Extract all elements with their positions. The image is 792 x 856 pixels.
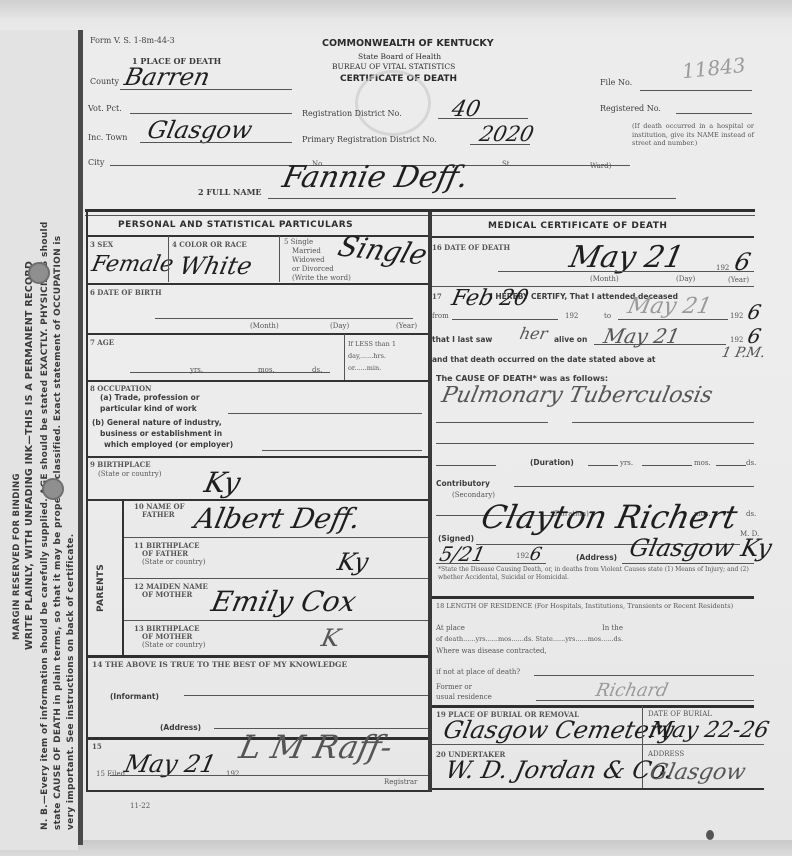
full-name-value: Fannie Deff. (279, 160, 471, 195)
mother-name-label-2: OF MOTHER (134, 591, 208, 599)
disease-contracted-label: Where was disease contracted, (436, 647, 547, 655)
father-birthplace-value: Ky (335, 548, 371, 576)
age-less-line-1: If LESS than 1 (348, 338, 396, 350)
margin-instructions-line-3: very important. See instructions on back… (66, 534, 76, 830)
last-saw-label: that I last saw (432, 335, 492, 344)
birthplace-label: 9 BIRTHPLACE (90, 460, 151, 469)
ward-label: Ward) (590, 162, 611, 170)
rule (88, 790, 428, 792)
from-label: from (432, 312, 449, 320)
parents-label: PARENTS (96, 564, 106, 612)
burial-date-label: DATE OF BURIAL (648, 710, 712, 718)
date-of-death-value: May 21 (566, 240, 687, 275)
full-name-label: 2 FULL NAME (198, 187, 262, 197)
mother-name-label: 12 MAIDEN NAME OF MOTHER (134, 583, 208, 599)
cause-underline (436, 422, 548, 423)
registration-district-label: Registration District No. (302, 109, 402, 118)
father-name-value: Albert Deff. (191, 502, 363, 535)
certify-number: 17 (432, 292, 442, 301)
signed-date-underline (436, 563, 546, 564)
from-underline (452, 319, 558, 320)
not-at-place-underline (534, 675, 754, 676)
alive-year-label: 192 (730, 336, 743, 344)
alive-on-label: alive on (554, 335, 587, 344)
personal-section-title: PERSONAL AND STATISTICAL PARTICULARS (118, 220, 353, 230)
death-year-label: (Year) (728, 276, 749, 284)
knowledge-statement: 14 THE ABOVE IS TRUE TO THE BEST OF MY K… (92, 660, 347, 669)
to-date-value: May 21 (625, 294, 713, 319)
informant-underline (184, 695, 428, 696)
occupation-a-line-2: particular kind of work (100, 404, 197, 413)
filed-number: 15 (92, 742, 102, 751)
street-label: St. (502, 160, 512, 168)
at-place-label: At place (436, 624, 465, 632)
birthplace-sub-label: (State or country) (98, 470, 161, 478)
duration-ds-underline (716, 465, 746, 466)
occupation-label: 8 OCCUPATION (90, 384, 151, 393)
punch-hole (42, 478, 64, 500)
filed-date-value: May 21 (122, 750, 219, 778)
occupation-b-underline (262, 450, 422, 451)
death-certificate-page: MARGIN RESERVED FOR BINDING WRITE PLAINL… (0, 0, 792, 856)
full-name-underline (268, 198, 676, 199)
dob-year-label: (Year) (396, 322, 417, 330)
age-label: 7 AGE (90, 338, 114, 347)
file-no-value: 11843 (681, 53, 747, 84)
dob-underline (155, 318, 413, 319)
from-date-value: Feb 20 (449, 286, 530, 311)
age-less-line-3: or......min. (348, 362, 396, 374)
primary-registration-value: 2020 (477, 122, 536, 146)
death-time-value: 1 P.M. (720, 345, 767, 361)
board-heading: State Board of Health (358, 52, 441, 61)
rule (432, 236, 754, 238)
to-year-label: 192 (730, 312, 743, 320)
rule (88, 283, 428, 285)
registration-district-underline (438, 118, 528, 119)
residence-duration-line: of death......yrs......mos......ds. Stat… (436, 635, 623, 643)
rule (88, 655, 428, 658)
inc-town-underline (140, 142, 292, 143)
registrar-signature: L M Raff- (236, 728, 396, 766)
rule (88, 380, 428, 382)
duration-mos-label: mos. (694, 459, 711, 467)
father-birthplace-label: 11 BIRTHPLACE OF FATHER (State or countr… (134, 542, 205, 566)
filed-underline (110, 775, 428, 776)
age-months-label: mos. (258, 366, 275, 374)
margin-write-plainly-text: WRITE PLAINLY, WITH UNFADING INK—THIS IS… (24, 261, 35, 650)
age-days-label: ds. (312, 366, 322, 374)
form-number: Form V. S. 1-8m-44-3 (90, 36, 175, 45)
race-label: 4 COLOR OR RACE (172, 240, 247, 249)
physician-signature: Clayton Richert (478, 498, 741, 536)
undertaker-address-value: Glasgow (647, 760, 748, 785)
former-residence-label-1: Former or (436, 683, 472, 691)
rule (88, 333, 428, 335)
rule (432, 705, 754, 708)
not-at-place-label: if not at place of death? (436, 668, 520, 676)
marital-label-divorced: or Divorced (284, 265, 351, 274)
marital-label-write: (Write the word) (284, 274, 351, 283)
duration-yrs-label: yrs. (620, 459, 633, 467)
sex-value: Female (89, 252, 175, 277)
duration-yrs-underline (588, 465, 618, 466)
mother-name-value: Emily Cox (208, 585, 359, 618)
to-label: to (604, 312, 611, 320)
undertaker-value: W. D. Jordan & Co. (443, 756, 676, 784)
cause-underline (436, 443, 754, 444)
margin-instructions-line-1: N. B.—Every item of information should b… (40, 221, 50, 830)
length-of-residence-label: 18 LENGTH OF RESIDENCE (For Hospitals, I… (436, 601, 754, 611)
dob-month-label: (Month) (250, 322, 279, 330)
rule (124, 578, 428, 579)
occupation-a-line-1: (a) Trade, profession or (100, 393, 200, 402)
registrar-label: Registrar (384, 778, 417, 786)
death-month-label: (Month) (590, 275, 619, 283)
county-value: Barren (122, 63, 213, 91)
contributory-label: Contributory (436, 479, 490, 488)
from-year-label: 192 (565, 312, 578, 320)
duration-mos-underline (642, 465, 692, 466)
section-top-rule (85, 209, 755, 212)
birthplace-value: Ky (201, 466, 243, 499)
county-label: County (90, 77, 119, 86)
sex-label: 3 SEX (90, 240, 113, 249)
mother-birthplace-value: K (319, 624, 343, 652)
file-no-underline (640, 90, 752, 91)
mother-birthplace-label-3: (State or country) (134, 641, 205, 649)
vot-pct-underline (130, 113, 292, 114)
rule (88, 456, 428, 458)
scan-edge-top (0, 0, 792, 18)
divider (168, 236, 169, 282)
physician-address-value: Glasgow Ky (627, 534, 774, 562)
section-top-rule-2 (85, 215, 755, 216)
duration-label: (Duration) (530, 458, 574, 467)
cause-of-death-value: Pulmonary Tuberculosis (439, 383, 715, 408)
duration-ds-label: ds. (746, 459, 756, 467)
race-value: White (177, 252, 255, 280)
divider (279, 236, 280, 282)
mother-birthplace-label-2: OF MOTHER (134, 633, 205, 641)
date-of-death-underline (498, 271, 754, 272)
margin-instructions-line-2: state CAUSE OF DEATH in plain terms, so … (53, 236, 63, 830)
county-underline (120, 89, 292, 90)
duration-underline (436, 465, 496, 466)
scan-edge-bottom (0, 840, 792, 856)
margin-reserved-text: MARGIN RESERVED FOR BINDING (12, 473, 22, 640)
rule (432, 744, 764, 745)
margin-divider (78, 30, 83, 845)
signed-year-suffix: 6 (528, 544, 544, 565)
cause-underline (572, 422, 754, 423)
informant-label: (Informant) (110, 692, 159, 701)
rule (88, 499, 428, 501)
primary-registration-label: Primary Registration District No. (302, 135, 437, 144)
rule (432, 788, 764, 790)
dob-day-label: (Day) (330, 322, 349, 330)
vot-pct-label: Vot. Pct. (88, 104, 122, 113)
filed-year-label: 192 (226, 770, 239, 778)
date-of-death-label: 16 DATE OF DEATH (432, 243, 510, 252)
occupation-b-line-1: (b) General nature of industry, (92, 418, 222, 427)
cause-of-death-label: The CAUSE OF DEATH* was as follows: (436, 374, 608, 383)
former-residence-label-2: usual residence (436, 693, 492, 701)
faint-stamp (355, 70, 431, 136)
occupation-b-line-3: which employed (or employer) (104, 440, 233, 449)
medical-section-title: MEDICAL CERTIFICATE OF DEATH (488, 221, 667, 231)
form-code: 11-22 (130, 802, 150, 810)
undertaker-address-label: ADDRESS (648, 750, 684, 758)
physician-address-underline (622, 563, 754, 564)
scan-artifact (706, 830, 714, 840)
cause-footnote: *State the Disease Causing Death, or, in… (438, 566, 756, 582)
left-frame (86, 212, 88, 792)
contributory-underline (514, 486, 754, 487)
father-name-label: 10 NAME OF FATHER (134, 503, 185, 519)
alive-on-underline (594, 344, 726, 345)
punch-hole (28, 262, 50, 284)
divider (344, 334, 345, 380)
to-underline (618, 319, 728, 320)
primary-registration-underline (470, 144, 530, 145)
death-day-label: (Day) (676, 275, 695, 283)
occupation-a-underline (228, 413, 422, 414)
father-name-label-2: FATHER (134, 511, 185, 519)
hospital-note: (If death occurred in a hospital or inst… (632, 122, 754, 148)
former-residence-value: Richard (594, 680, 670, 701)
age-less-line-2: day,......hrs. (348, 350, 396, 362)
in-the-label: In the (602, 624, 623, 632)
age-years-label: yrs. (190, 366, 203, 374)
to-year-suffix: 6 (745, 300, 763, 324)
rule (124, 620, 428, 621)
registered-no-label: Registered No. (600, 104, 661, 113)
inc-town-label: Inc. Town (88, 133, 127, 142)
informant-address-label: (Address) (160, 723, 201, 732)
rule (124, 537, 428, 538)
last-saw-pronoun: her (518, 324, 549, 343)
death-occurred-label: and that death occurred on the date stat… (432, 355, 655, 364)
occupation-b-line-2: business or establishment in (100, 429, 222, 438)
contributory-ds-label: ds. (746, 510, 756, 518)
registered-no-underline (676, 113, 752, 114)
physician-address-label: (Address) (576, 553, 617, 562)
inc-town-value: Glasgow (145, 116, 255, 144)
file-no-label: File No. (600, 78, 632, 87)
commonwealth-heading: COMMONWEALTH OF KENTUCKY (322, 38, 494, 49)
rule (432, 596, 754, 599)
city-label: City (88, 158, 104, 167)
former-residence-underline (536, 700, 754, 701)
father-birthplace-label-2: OF FATHER (134, 550, 205, 558)
age-underline (130, 372, 330, 373)
dob-label: 6 DATE OF BIRTH (90, 288, 162, 297)
age-less-than-day: If LESS than 1 day,......hrs. or......mi… (348, 338, 396, 374)
filed-label: 15 Filed (96, 770, 125, 778)
burial-date-value: May 22-26 (647, 718, 771, 743)
signed-year-label: 192 (516, 552, 529, 560)
mother-birthplace-label: 13 BIRTHPLACE OF MOTHER (State or countr… (134, 625, 205, 649)
father-birthplace-label-3: (State or country) (134, 558, 205, 566)
